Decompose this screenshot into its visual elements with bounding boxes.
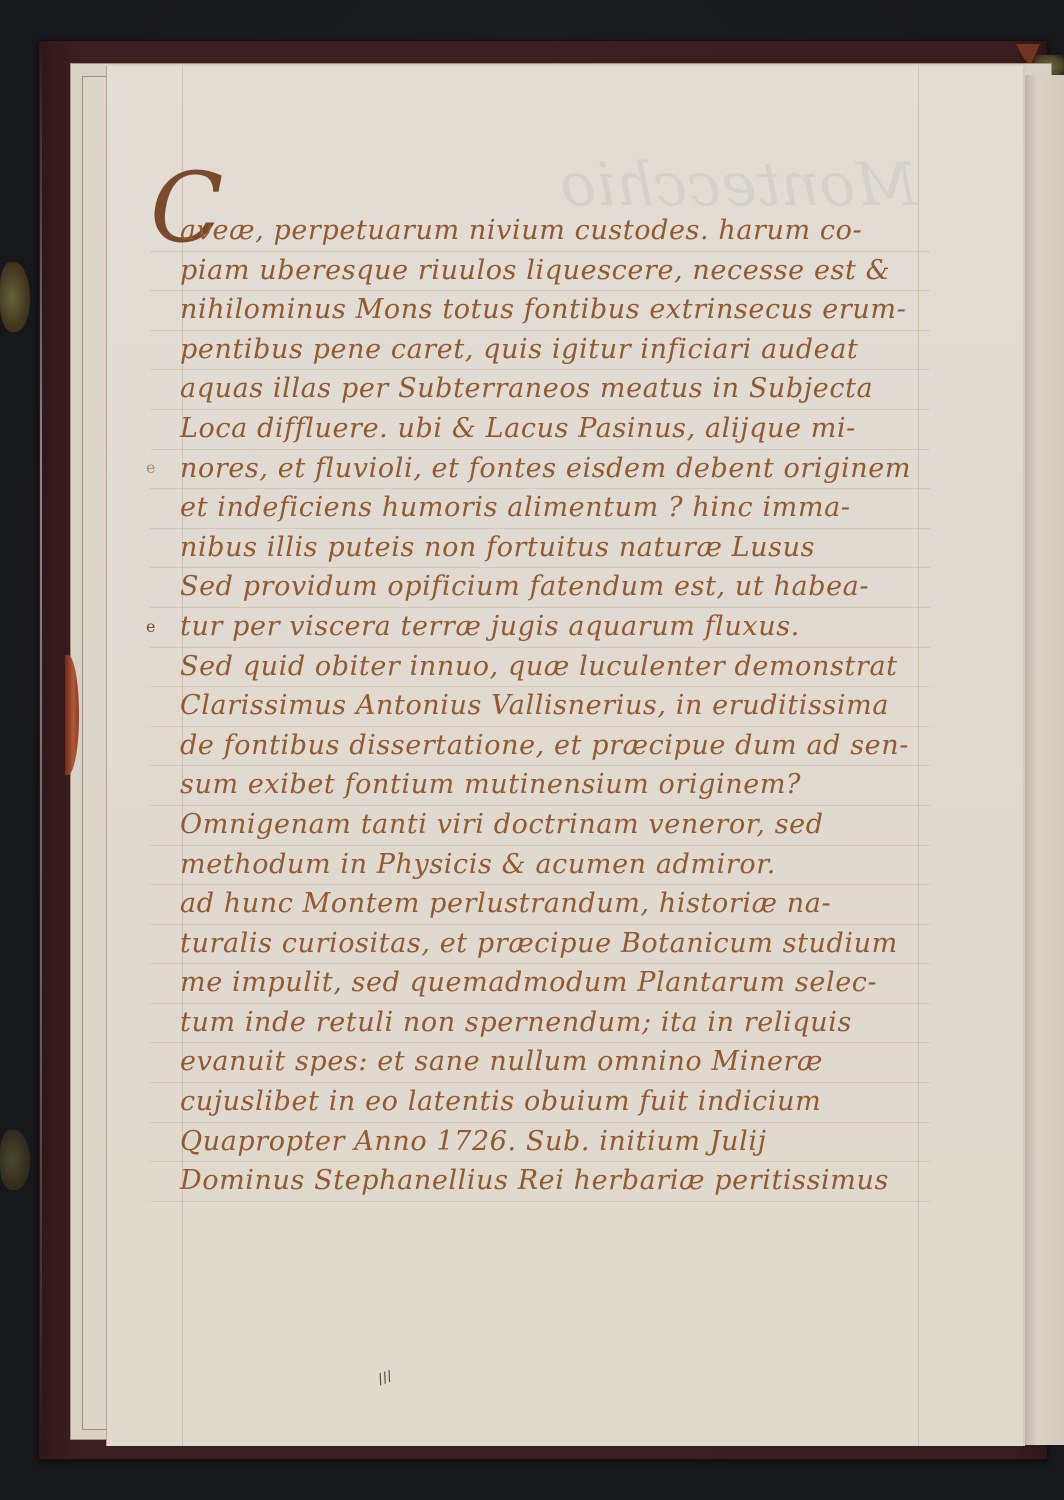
text-line: turalis curiositas, et præcipue Botanicu…	[150, 925, 930, 965]
text-line: Omnigenam tanti viri doctrinam veneror, …	[150, 806, 930, 846]
bleed-through-text: Montecchio	[560, 150, 917, 220]
text-line: Sed quid obiter innuo, quæ luculenter de…	[150, 648, 930, 688]
cover-edge-highlight	[40, 40, 42, 1440]
text-line: nores, et fluvioli, et fontes eisdem deb…	[150, 450, 930, 490]
text-line: piam uberesque riuulos liquescere, neces…	[150, 252, 930, 292]
clasp-remnant-icon	[0, 1130, 30, 1190]
text-line: Sed providum opificium fatendum est, ut …	[150, 568, 930, 608]
text-line: tum inde retuli non spernendum; ita in r…	[150, 1004, 930, 1044]
text-line: Loca diffluere. ubi & Lacus Pasinus, ali…	[150, 410, 930, 450]
text-line: Quapropter Anno 1726. Sub. initium Julij	[150, 1123, 930, 1163]
text-line: Clarissimus Antonius Vallisnerius, in er…	[150, 687, 930, 727]
text-line: evanuit spes: et sane nullum omnino Mine…	[150, 1043, 930, 1083]
text-line: nihilominus Mons totus fontibus extrinse…	[150, 291, 930, 331]
text-line: et indeficiens humoris alimentum ? hinc …	[150, 489, 930, 529]
facing-page-edge	[1024, 75, 1064, 1445]
text-line: methodum in Physicis & acumen admiror.	[150, 846, 930, 886]
manuscript-text-block: aveæ, perpetuarum nivium custodes. harum…	[150, 212, 930, 1202]
text-line: Dominus Stephanellius Rei herbariæ perit…	[150, 1162, 930, 1202]
text-line: aquas illas per Subterraneos meatus in S…	[150, 370, 930, 410]
text-line: tur per viscera terræ jugis aquarum flux…	[150, 608, 930, 648]
text-line: cujuslibet in eo latentis obuium fuit in…	[150, 1083, 930, 1123]
clasp-remnant-icon	[0, 262, 30, 332]
text-line: aveæ, perpetuarum nivium custodes. harum…	[150, 212, 930, 252]
text-line: sum exibet fontium mutinensium originem?	[150, 766, 930, 806]
text-line: de fontibus dissertatione, et præcipue d…	[150, 727, 930, 767]
text-line: me impulit, sed quemadmodum Plantarum se…	[150, 964, 930, 1004]
manuscript-photo: Montecchio C e e aveæ, perpetuarum niviu…	[0, 0, 1064, 1500]
text-line: ad hunc Montem perlustrandum, historiæ n…	[150, 885, 930, 925]
text-line: pentibus pene caret, quis igitur inficia…	[150, 331, 930, 371]
text-line: nibus illis puteis non fortuitus naturæ …	[150, 529, 930, 569]
